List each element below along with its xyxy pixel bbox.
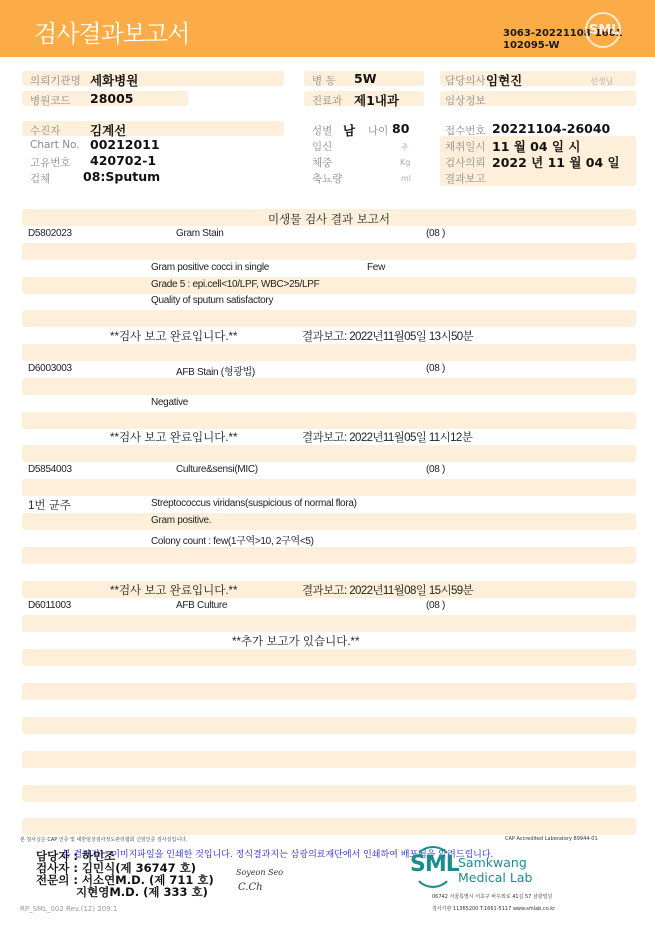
blank-row	[22, 243, 636, 260]
completion-row: **검사 보고 완료입니다.** 결과보고: 2022년11월05일 13시50…	[22, 327, 636, 344]
additional-report-notice: **추가 보고가 있습니다.**	[232, 633, 359, 649]
test-code: D5802023	[28, 228, 72, 239]
result-row: Gram positive cocci in single Few	[22, 260, 636, 277]
lab-contact: 검사기관 11365200 T.1661-5117 www.smlab.co.k…	[432, 905, 555, 912]
report-timestamp: 결과보고: 2022년11월08일 15시59분	[302, 582, 473, 598]
hospital-code-value: 28005	[90, 91, 134, 106]
weight-unit: Kg	[400, 158, 410, 167]
result-text: Gram positive cocci in single	[151, 262, 269, 273]
lab-address: 06742 서울특별시 서초구 바우뫼로 41길 57 삼광빌딩	[432, 893, 552, 900]
id-value: 420702-1	[90, 153, 156, 168]
accreditation-note: 본 검사실은 CAP 인증 및 대한임상검사정도관리협회 신임인증 검사실입니다…	[20, 836, 188, 843]
band	[22, 121, 284, 136]
blank-row	[22, 378, 636, 395]
report-timestamp: 결과보고: 2022년11월05일 11시12분	[302, 429, 472, 445]
chart-value: 00212011	[90, 137, 160, 152]
result-text: Quality of sputum satisfactory	[151, 295, 273, 306]
isolate-row: 1번 균주 Streptococcus viridans(suspicious …	[22, 496, 636, 513]
weight-label: 체중	[312, 155, 332, 170]
completion-row: **검사 보고 완료입니다.** 결과보고: 2022년11월05일 11시12…	[22, 428, 636, 445]
report-timestamp: 결과보고: 2022년11월05일 13시50분	[302, 328, 473, 344]
specimen-code: (08 )	[426, 464, 445, 475]
sex-label: 성별	[312, 123, 332, 138]
result-row: Grade 5 : epi.cell<10/LPF, WBC>25/LPF	[22, 277, 636, 294]
organism-name: Streptococcus viridans(suspicious of nor…	[151, 498, 357, 509]
request-label: 검사의뢰	[445, 155, 486, 170]
brand-name: Samkwang Medical Lab	[458, 855, 532, 885]
blank-row	[22, 751, 636, 768]
specimen-value: 08:Sputum	[83, 169, 160, 184]
institution-value: 세화병원	[90, 71, 138, 89]
clinical-info-label: 임상정보	[445, 93, 486, 108]
result-row: Gram positive.	[22, 513, 636, 530]
blank-row	[22, 785, 636, 802]
blank-row	[22, 344, 636, 361]
completion-text: **검사 보고 완료입니다.**	[110, 429, 237, 445]
report-date-label: 결과보고	[445, 171, 486, 186]
report-title: 검사결과보고서	[34, 14, 189, 49]
test-code: D6003003	[28, 363, 72, 374]
blank-row	[22, 445, 636, 462]
result-text: Negative	[151, 397, 188, 408]
chart-label: Chart No.	[30, 139, 80, 151]
test-name: AFB Stain (형광법)	[176, 363, 255, 378]
specimen-code: (08 )	[426, 228, 445, 239]
report-header: 검사결과보고서 3063-20221108-1601 102095-W SML	[0, 0, 655, 57]
result-row: Negative	[22, 395, 636, 412]
blank-row	[22, 547, 636, 564]
signature-specialist-1: Soyeon Seo	[236, 868, 283, 877]
hospital-code-label: 병원코드	[30, 93, 71, 108]
result-text: Grade 5 : epi.cell<10/LPF, WBC>25/LPF	[151, 279, 319, 290]
examinee-label: 수진자	[30, 123, 60, 138]
dept-value: 제1내과	[354, 91, 399, 109]
doctor-label: 담당의사	[445, 73, 486, 88]
sex-value: 남	[343, 121, 355, 139]
colony-count: Colony count : few(1구역>10, 2구역<5)	[151, 532, 314, 547]
report-section-title: 미생물 검사 결과 보고서	[22, 209, 636, 226]
doctor-suffix: 선생님	[590, 76, 613, 87]
completion-text: **검사 보고 완료입니다.**	[110, 328, 237, 344]
additional-report-row: **추가 보고가 있습니다.**	[22, 632, 636, 649]
completion-row: **검사 보고 완료입니다.** 결과보고: 2022년11월08일 15시59…	[22, 581, 636, 598]
institution-label: 의뢰기관명	[30, 73, 81, 88]
doctor-value: 임현진	[486, 71, 522, 89]
test-row: D6011003 AFB Culture (08 )	[22, 598, 636, 615]
receipt-value: 20221104-26040	[492, 121, 610, 136]
pregnancy-unit: 주	[401, 142, 409, 153]
id-label: 고유번호	[30, 155, 71, 170]
blank-row	[22, 615, 636, 632]
collection-label: 채취일시	[445, 139, 486, 154]
ward-value: 5W	[354, 71, 377, 86]
urine-label: 축뇨량	[312, 171, 342, 186]
result-row: Quality of sputum satisfactory	[22, 293, 636, 310]
result-amount: Few	[367, 262, 385, 273]
test-name: Gram Stain	[176, 228, 224, 239]
request-value: 2022 년 11 월 04 일	[492, 153, 620, 171]
age-label: 나이	[368, 123, 388, 138]
result-text: Gram positive.	[151, 515, 211, 526]
specimen-code: (08 )	[426, 363, 445, 374]
blank-row	[22, 412, 636, 429]
cap-accreditation: CAP Accredited Laboratory 89944-01	[505, 836, 598, 842]
specimen-label: 검체	[30, 171, 50, 186]
blank-row	[22, 564, 636, 581]
blank-row	[22, 479, 636, 496]
receipt-label: 접수번호	[445, 123, 486, 138]
blank-row	[22, 717, 636, 734]
staff-specialist-2: 지현영M.D. (제 333 호)	[36, 886, 208, 898]
signature-specialist-2: C.Ch	[238, 882, 263, 893]
ward-label: 병 동	[312, 73, 336, 88]
test-row: D6003003 AFB Stain (형광법) (08 )	[22, 361, 636, 378]
result-row: Colony count : few(1구역>10, 2구역<5)	[22, 530, 636, 547]
blank-row	[22, 310, 636, 327]
form-revision: RP_SML_002 Rev.(12) 209.1	[20, 905, 117, 913]
test-name: Culture&sensi(MIC)	[176, 464, 258, 475]
specimen-code: (08 )	[426, 600, 445, 611]
test-row: D5802023 Gram Stain (08 )	[22, 226, 636, 243]
blank-row	[22, 818, 636, 835]
dept-label: 진료과	[312, 93, 342, 108]
urine-unit: ml	[401, 174, 411, 183]
test-code: D6011003	[28, 600, 71, 611]
test-row: D5854003 Culture&sensi(MIC) (08 )	[22, 462, 636, 479]
blank-row	[22, 649, 636, 666]
pregnancy-label: 임신	[312, 139, 332, 154]
completion-text: **검사 보고 완료입니다.**	[110, 582, 237, 598]
blank-row	[22, 683, 636, 700]
isolate-label: 1번 균주	[28, 497, 71, 513]
sml-logo-icon: SML	[585, 12, 621, 48]
test-code: D5854003	[28, 464, 72, 475]
test-name: AFB Culture	[176, 600, 227, 611]
age-value: 80	[392, 121, 409, 136]
